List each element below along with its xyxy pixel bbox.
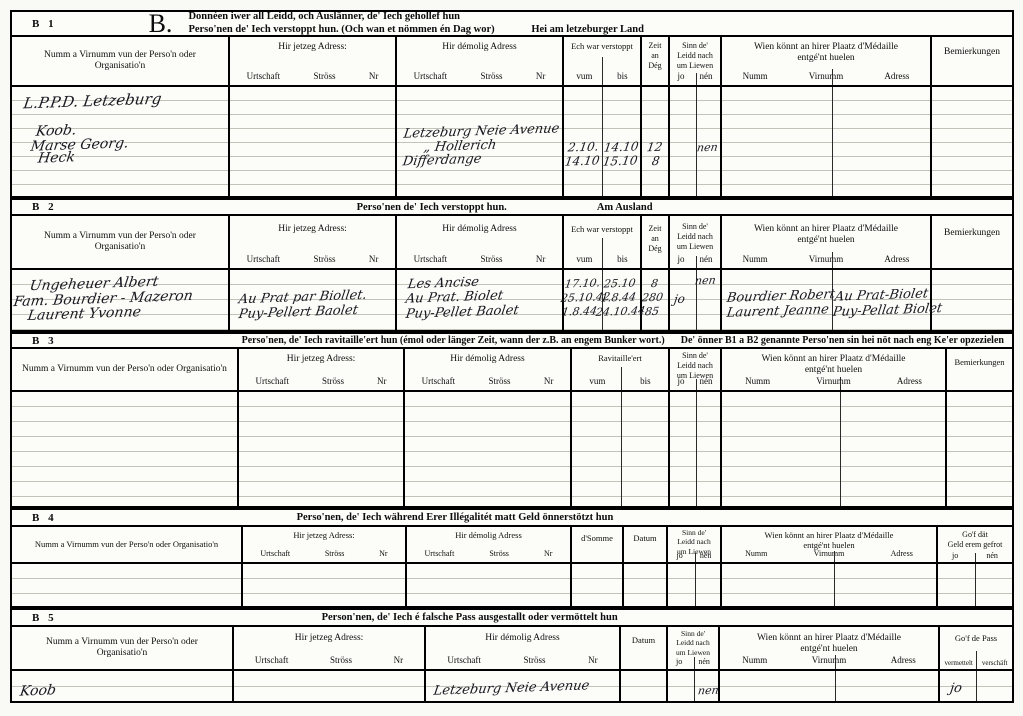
handwritten-b2-jo-2: jo [673, 292, 686, 306]
virnumm-label: Virnumm [809, 71, 843, 82]
handwritten-b1-bis-2: 15.10 [602, 153, 639, 168]
wien-header-1: Wien könnt an hirer Plaatz d'Médaille [722, 527, 936, 540]
b3-jetzeg-header: Hir jetzeg Adress: [239, 349, 403, 365]
handwritten-b5-jo: jo [949, 681, 963, 696]
b2-title: Perso'nen de' Iech verstoppt hun. [357, 202, 507, 213]
sinn-label-1: Sinn de' [670, 222, 720, 232]
b3-sinn-body [670, 392, 720, 506]
handwritten-b1-vum-1: 2.10. [567, 139, 600, 154]
b1-title-line2: Perso'nen de' Iech verstoppt hun. (Och w… [188, 24, 494, 35]
zeit-label-3: Dég [642, 61, 668, 71]
b3-col-jetzeg: Hir jetzeg Adress: Urtschaft Ströss Nr [239, 349, 405, 506]
numm-label: Numm [742, 655, 767, 666]
sinn-label-2: Leidd nach [668, 638, 718, 647]
sinn-label-1: Sinn de' [668, 528, 720, 537]
b5-col-jetzeg: Hir jetzeg Adress: Urtschaft Ströss Nr [234, 627, 426, 701]
bis-label: bis [640, 376, 651, 387]
vum-label: vum [589, 376, 605, 387]
urtschaft-label: Urtschaft [255, 376, 289, 387]
b1-col-wien: Wien könnt an hirer Plaatz d'Médaille en… [722, 37, 932, 196]
numm-label: Numm [745, 376, 770, 387]
b5-name-header: Numm a Virnumm vun der Perso'n oder Orga… [12, 627, 232, 669]
b4-title: Perso'nen, de' Iech während Erer Illégal… [297, 512, 614, 523]
b4-gof-geld-body [938, 564, 1012, 606]
stross-label: Ströss [325, 549, 345, 559]
b4-demolig-body [407, 564, 570, 606]
handwritten-b1-demolig-3: Differdange [402, 152, 483, 170]
jo-label: jo [676, 657, 682, 667]
b3-ravitailleert-header: Ravitaille'ert [572, 349, 668, 363]
section-b3: B 3 Perso'nen, de' Iech ravitaille'ert h… [10, 332, 1014, 508]
handwritten-b2-bis-3: 24.10.44 [595, 304, 646, 319]
wien-header-1: Wien könnt an hirer Plaatz d'Médaille [722, 216, 930, 235]
b4-col-sinn: Sinn de' Leidd nach um Liewen jo nén [668, 527, 722, 606]
section-b1-label: B 1 [32, 18, 57, 30]
divider [696, 73, 697, 85]
divider [976, 651, 977, 669]
handwritten-b1-vum-2: 14.10 [564, 153, 601, 168]
nr-label: Nr [379, 549, 387, 559]
bis-label: bis [617, 71, 628, 82]
adress-label: Adress [884, 71, 909, 82]
b1-col-verstoppt: Ech war verstoppt vum bis [564, 37, 642, 196]
sinn-label-2: Leidd nach [670, 232, 720, 242]
b5-datum-body [621, 671, 666, 701]
sinn-label-3: um Liewen [670, 242, 720, 252]
b3-col-bemierkungen: Bemierkungen [947, 349, 1012, 506]
bemierkungen-label: Bemierkungen [932, 37, 1012, 58]
b3-title-right: De' önner B1 a B2 genannte Perso'nen sin… [681, 335, 1004, 346]
nr-label: Nr [369, 254, 379, 265]
nen-label: nén [986, 551, 998, 561]
handwritten-b1-zeit-1: 12 [646, 140, 663, 155]
b4-jetzeg-header: Hir jetzeg Adress: [243, 527, 405, 540]
b1-wien-body [722, 87, 930, 196]
nen-label: nén [698, 657, 710, 667]
divider [602, 57, 603, 85]
divider [832, 69, 833, 85]
adress-label: Adress [884, 254, 909, 265]
nr-label: Nr [544, 376, 554, 387]
vum-label: vum [576, 71, 592, 82]
stross-label: Ströss [523, 655, 545, 666]
urtschaft-label: Urtschaft [247, 71, 281, 82]
b1-demolig-header: Hir démolig Adress [397, 37, 562, 53]
b4-col-jetzeg: Hir jetzeg Adress: Urtschaft Ströss Nr [243, 527, 407, 606]
numm-label: Numm [743, 254, 768, 265]
b5-col-wien: Wien könnt an hirer Plaatz d'Médaille en… [720, 627, 940, 701]
section-b3-band: B 3 Perso'nen, de' Iech ravitaille'ert h… [12, 334, 1012, 349]
b1-jetzeg-body [230, 87, 395, 196]
urtschaft-label: Urtschaft [260, 549, 290, 559]
divider [832, 87, 833, 196]
b3-wien-body [722, 392, 945, 506]
nr-label: Nr [369, 71, 379, 82]
jo-label: jo [677, 254, 684, 265]
b3-name-header: Numm a Virnumm vun der Perso'n oder Orga… [12, 349, 237, 390]
jo-label: jo [677, 71, 684, 82]
divider [834, 564, 835, 606]
handwritten-b2-zeit-3: 85 [644, 305, 660, 318]
divider [602, 238, 603, 268]
gof-geld-header-2: Geld erem gefrot [938, 540, 1012, 550]
nen-label: nén [699, 376, 712, 387]
b5-demolig-header: Hir démolig Adress [426, 627, 619, 644]
zeit-label-2: an [642, 51, 668, 61]
adress-label: Adress [891, 549, 913, 559]
b4-name-body [12, 564, 241, 606]
sinn-label-1: Sinn de' [670, 351, 720, 361]
wien-header-2: entgé'nt huelen [722, 235, 930, 246]
b5-jetzeg-body [234, 671, 424, 701]
b4-col-demolig: Hir démolig Adress Urtschaft Ströss Nr [407, 527, 572, 606]
b5-wien-body [720, 671, 938, 701]
scanned-form-page: { "document": { "sections": { "b1": { "l… [0, 0, 1023, 716]
b3-col-ravitailleert: Ravitaille'ert vum bis [572, 349, 670, 506]
b4-col-name: Numm a Virnumm vun der Perso'n oder Orga… [12, 527, 243, 606]
section-b3-label: B 3 [32, 335, 57, 347]
divider [835, 671, 836, 701]
section-b2-label: B 2 [32, 201, 57, 213]
vum-label: vum [576, 254, 592, 265]
nen-label: nén [699, 254, 712, 265]
divider [840, 377, 841, 390]
b1-name-header: Numm a Virnumm vun der Perso'n oder Orga… [12, 37, 228, 85]
b2-demolig-header: Hir démolig Adress [397, 216, 562, 235]
stross-label: Ströss [322, 376, 344, 387]
nr-label: Nr [536, 71, 546, 82]
gof-pass-header: Go'f de Pass [940, 627, 1012, 643]
sinn-label-2: Leidd nach [670, 51, 720, 61]
divider [840, 392, 841, 506]
zeit-label-2: an [642, 234, 668, 244]
handwritten-b1-name-3: Heck [37, 149, 76, 166]
b3-demolig-body [405, 392, 570, 506]
section-b1-band: B 1 B. Donnéen iwer all Leidd, och Auslä… [12, 12, 1012, 37]
b4-jetzeg-body [243, 564, 405, 606]
b4-dsomme-body [572, 564, 622, 606]
b1-table: Numm a Virnumm vun der Perso'n oder Orga… [12, 37, 1012, 196]
b5-title: Person'nen, de' Iech é falsche Pass ausg… [322, 612, 618, 623]
b3-name-body [12, 392, 237, 506]
divider [694, 671, 695, 701]
handwritten-b5-name: Koob [19, 682, 57, 699]
urtschaft-label: Urtschaft [414, 254, 448, 265]
section-b5-label: B 5 [32, 612, 57, 624]
b1-bemierkungen-body [932, 87, 1012, 196]
divider [696, 256, 697, 268]
sinn-label-1: Sinn de' [670, 41, 720, 51]
b1-col-name: Numm a Virnumm vun der Perso'n oder Orga… [12, 37, 230, 196]
sinn-label-2: Leidd nach [668, 537, 720, 546]
b3-bemierkungen-body [947, 392, 1012, 506]
urtschaft-label: Urtschaft [255, 655, 289, 666]
stross-label: Ströss [480, 71, 502, 82]
b3-ravitailleert-body [572, 392, 668, 506]
b3-jetzeg-body [239, 392, 403, 506]
stross-label: Ströss [488, 376, 510, 387]
b4-col-dsomme: d'Somme [572, 527, 624, 606]
datum-label: Datum [624, 527, 666, 543]
b2-col-bemierkungen: Bemierkungen [932, 216, 1012, 330]
wien-header-1: Wien könnt an hirer Plaatz d'Médaille [722, 37, 930, 53]
section-b2-band: B 2 Perso'nen de' Iech verstoppt hun. Am… [12, 200, 1012, 216]
virnumm-label: Virnumm [814, 549, 845, 559]
verschaft-label: verschäft [982, 659, 1008, 667]
b2-title-right: Am Ausland [597, 202, 653, 213]
b3-col-name: Numm a Virnumm vun der Perso'n oder Orga… [12, 349, 239, 506]
divider [621, 392, 622, 506]
stross-label: Ströss [330, 655, 352, 666]
b3-demolig-header: Hir démolig Adress [405, 349, 570, 365]
handwritten-b2-zeit-2: 280 [641, 291, 664, 305]
urtschaft-label: Urtschaft [414, 71, 448, 82]
b1-title-right: Hei am letzeburger Land [531, 24, 644, 35]
b1-col-sinn: Sinn de' Leidd nach um Liewen jo nén [670, 37, 722, 196]
nr-label: Nr [588, 655, 598, 666]
zeit-label-1: Zeit [642, 224, 668, 234]
handwritten-b2-bis-1: 25.10 [603, 276, 637, 290]
b3-title: Perso'nen, de' Iech ravitaille'ert hun (… [242, 335, 665, 346]
b4-name-header: Numm a Virnumm vun der Perso'n oder Orga… [12, 527, 241, 562]
virnumm-label: Virnumm [816, 376, 850, 387]
b3-col-demolig: Hir démolig Adress Urtschaft Ströss Nr [405, 349, 572, 506]
b5-jetzeg-header: Hir jetzeg Adress: [234, 627, 424, 644]
nen-label: nén [699, 71, 712, 82]
divider [602, 87, 603, 196]
divider [835, 655, 836, 669]
b4-datum-body [624, 564, 666, 606]
zeit-label-1: Zeit [642, 41, 668, 51]
section-b4-label: B 4 [32, 512, 57, 524]
b4-col-datum: Datum [624, 527, 668, 606]
urtschaft-label: Urtschaft [422, 376, 456, 387]
numm-label: Numm [745, 549, 767, 559]
b4-wien-body [722, 564, 936, 606]
divider [975, 553, 976, 562]
b1-col-jetzeg: Hir jetzeg Adress: Urtschaft Ströss Nr [230, 37, 397, 196]
handwritten-b1-zeit-2: 8 [651, 154, 661, 168]
jo-label: jo [677, 376, 684, 387]
urtschaft-label: Urtschaft [247, 254, 281, 265]
sinn-label-2: Leidd nach [670, 361, 720, 371]
b1-col-zeit: Zeit an Dég [642, 37, 670, 196]
divider [695, 564, 696, 606]
nr-label: Nr [544, 549, 552, 559]
urtschaft-label: Urtschaft [447, 655, 481, 666]
handwritten-b2-bis-2: 1.8.44 [600, 290, 637, 304]
b2-verstoppt-header: Ech war verstoppt [564, 216, 640, 234]
wien-header-1: Wien könnt an hirer Plaatz d'Médaille [722, 349, 945, 365]
handwritten-b2-nen-1: nen [694, 274, 717, 288]
divider [976, 671, 977, 701]
virnumm-label: Virnumm [812, 655, 846, 666]
b1-jetzeg-header: Hir jetzeg Adress: [230, 37, 395, 53]
b4-col-wien: Wien könnt an hirer Plaatz d'Médaille en… [722, 527, 938, 606]
dsomme-label: d'Somme [572, 527, 622, 543]
b4-col-gof-geld: Go'f dät Geld erem gefrot jo nén [938, 527, 1012, 606]
sinn-label-3: um Liewen [668, 648, 718, 657]
b2-bemierkungen-body [932, 270, 1012, 330]
divider [696, 379, 697, 390]
sinn-label-1: Sinn de' [668, 629, 718, 638]
zeit-label-3: Dég [642, 244, 668, 254]
jo-label: jo [952, 551, 958, 561]
handwritten-b5-nen: nen [697, 684, 720, 698]
divider [975, 564, 976, 606]
handwritten-b1-nen-1: nen [696, 141, 719, 155]
divider [696, 392, 697, 506]
b1-verstoppt-header: Ech war verstoppt [564, 37, 640, 51]
divider [695, 553, 696, 562]
adress-label: Adress [897, 376, 922, 387]
section-b4: B 4 Perso'nen, de' Iech während Erer Ill… [10, 508, 1014, 608]
b1-col-bemierkungen: Bemierkungen [932, 37, 1012, 196]
nr-label: Nr [377, 376, 387, 387]
b4-sinn-body [668, 564, 720, 606]
b2-name-header: Numm a Virnumm vun der Perso'n oder Orga… [12, 216, 228, 268]
handwritten-b2-vum-1: 17.10. [564, 276, 601, 290]
big-letter-b: B. [149, 12, 173, 35]
b1-col-demolig: Hir démolig Adress Urtschaft Ströss Nr [397, 37, 564, 196]
b3-table: Numm a Virnumm vun der Perso'n oder Orga… [12, 349, 1012, 506]
bis-label: bis [617, 254, 628, 265]
handwritten-b2-vum-3: 1.8.44 [561, 304, 598, 318]
divider [832, 252, 833, 268]
section-b4-band: B 4 Perso'nen, de' Iech während Erer Ill… [12, 510, 1012, 527]
jo-label: jo [677, 551, 683, 561]
adress-label: Adress [891, 655, 916, 666]
bemierkungen-label: Bemierkungen [932, 216, 1012, 239]
gof-geld-header-1: Go'f dät [938, 527, 1012, 540]
b4-demolig-header: Hir démolig Adress [407, 527, 570, 540]
datum-label: Datum [621, 627, 666, 645]
urtschaft-label: Urtschaft [425, 549, 455, 559]
wien-header-2: entgé'nt huelen [722, 365, 945, 376]
divider [834, 551, 835, 562]
b5-col-datum: Datum [621, 627, 668, 701]
stross-label: Ströss [313, 254, 335, 265]
b1-title-line1: Donnéen iwer all Leidd, och Auslänner, d… [188, 11, 644, 23]
bemierkungen-label: Bemierkungen [947, 349, 1012, 367]
b2-jetzeg-header: Hir jetzeg Adress: [230, 216, 395, 235]
divider [621, 367, 622, 390]
wien-header-2: entgé'nt huelen [720, 644, 938, 655]
divider [694, 657, 695, 669]
sinn-label-3: um Liewen [670, 61, 720, 71]
stross-label: Ströss [489, 549, 509, 559]
b4-table: Numm a Virnumm vun der Perso'n oder Orga… [12, 527, 1012, 606]
b3-col-sinn: Sinn de' Leidd nach um Liewen jo nén [670, 349, 722, 506]
vermettelt-label: vermettelt [944, 659, 972, 667]
numm-label: Numm [743, 71, 768, 82]
handwritten-b1-bis-1: 14.10 [603, 139, 640, 154]
nen-label: nén [700, 551, 712, 561]
nr-label: Nr [394, 655, 404, 666]
wien-header-2: entgé'nt huelen [722, 53, 930, 64]
b3-col-wien: Wien könnt an hirer Plaatz d'Médaille en… [722, 349, 947, 506]
stross-label: Ströss [313, 71, 335, 82]
virnumm-label: Virnumm [809, 254, 843, 265]
section-b5-band: B 5 Person'nen, de' Iech é falsche Pass … [12, 610, 1012, 627]
stross-label: Ströss [480, 254, 502, 265]
wien-header-1: Wien könnt an hirer Plaatz d'Médaille [720, 627, 938, 644]
nr-label: Nr [536, 254, 546, 265]
